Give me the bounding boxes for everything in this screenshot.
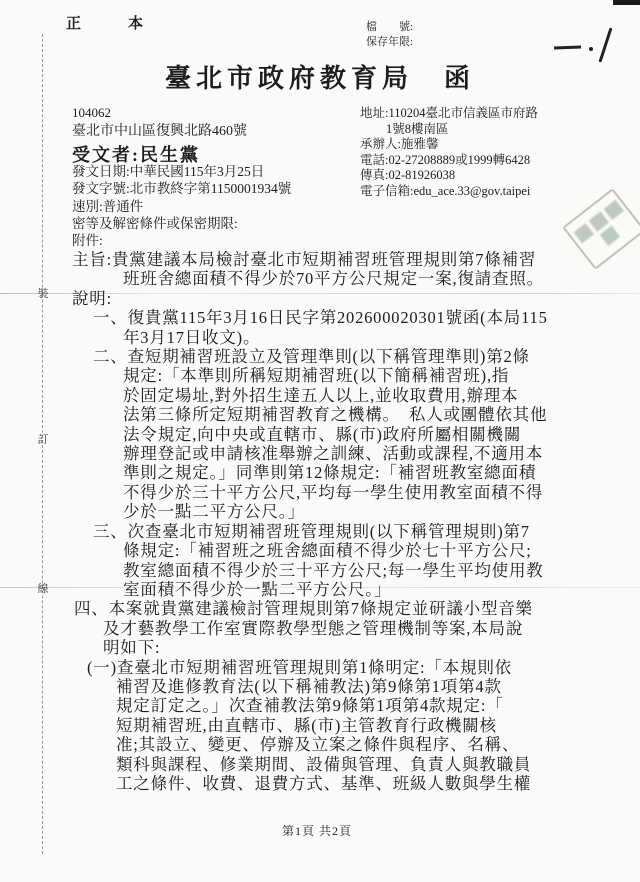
issue-number: 發文字號:北市教終字第1150001934號 bbox=[72, 180, 291, 197]
document-body: 主旨:貴黨建議本局檢討臺北市短期補習班管理規則第7條補習 班班舍總面積不得少於7… bbox=[72, 250, 612, 793]
document-meta-block: 發文日期:中華民國115年3月25日 發文字號:北市教終字第1150001934… bbox=[72, 163, 291, 249]
body-line: 條規定:「補習班之班舍總面積不得少於七十平方公尺; bbox=[123, 541, 612, 560]
body-line: 一、復貴黨115年3月16日民字第202600020301號函(本局115 bbox=[93, 308, 612, 327]
body-line: 法令規定,向中央或直轄市、縣(市)政府所屬相關機關 bbox=[123, 425, 612, 444]
body-line: 明如下: bbox=[103, 638, 612, 657]
document-page: 裝 訂 線 正 本 檔 號: 保存年限: 臺北市政府教育局 函 地址:11020… bbox=[0, 0, 640, 882]
body-line: 補習及進修教育法(以下稱補教法)第9條第1項第4款 bbox=[116, 677, 612, 696]
binding-mark-ding: 訂 bbox=[34, 431, 52, 447]
body-line: 准;其設立、變更、停辦及立案之條件與程序、名稱、 bbox=[116, 735, 612, 754]
body-line: 三、次查臺北市短期補習班管理規則(以下稱管理規則)第7 bbox=[93, 522, 612, 541]
stamp-glyph bbox=[573, 223, 593, 243]
stamp-glyph bbox=[599, 226, 619, 246]
subject-line: 主旨:貴黨建議本局檢討臺北市短期補習班管理規則第7條補習 bbox=[72, 250, 612, 269]
delivery-speed: 速別:普通件 bbox=[72, 198, 291, 215]
sender-fax: 傳真:02-81926038 bbox=[360, 168, 538, 184]
body-line: 及才藝教學工作室實際教學型態之管理機制等案,本局說 bbox=[103, 619, 612, 638]
body-line: 準則之規定。」同準則第12條規定:「補習班教室總面積 bbox=[123, 463, 612, 482]
body-line: 教室總面積不得少於三十平方公尺;每一學生平均使用教 bbox=[123, 561, 612, 580]
body-line: 辦理登記或申請核准舉辦之訓練、活動或課程,不適用本 bbox=[123, 444, 612, 463]
handwritten-dash-mark bbox=[554, 46, 581, 50]
binding-mark-xian: 線 bbox=[34, 580, 52, 596]
body-line: 規定訂定之。」次查補教法第9條第1項第4款規定:「 bbox=[116, 696, 612, 715]
copy-type-label: 正 本 bbox=[66, 12, 159, 33]
file-number-block: 檔 號: 保存年限: bbox=[366, 20, 413, 50]
handwritten-dot-mark bbox=[589, 47, 593, 51]
recipient-postal-code: 104062 bbox=[72, 104, 247, 122]
scan-corner-mark bbox=[613, 0, 640, 5]
body-line: 年3月17日收文)。 bbox=[123, 328, 612, 347]
body-line: 室面積不得少於一點二平方公尺。」 bbox=[123, 580, 612, 599]
body-line: 類科與課程、修業期間、設備與管理、負責人與教職員 bbox=[116, 755, 612, 774]
body-line: 工之條件、收費、退費方式、基準、班級人數與學生權 bbox=[116, 774, 612, 793]
binding-mark-zhuang: 裝 bbox=[34, 285, 52, 301]
stamp-glyph bbox=[603, 200, 623, 220]
recipient-address: 臺北市中山區復興北路460號 bbox=[72, 122, 247, 142]
security-classification: 密等及解密條件或保密期限: bbox=[72, 215, 291, 232]
subject-line: 班班舍總面積不得少於70平方公尺規定一案,復請查照。 bbox=[123, 269, 612, 288]
sender-officer: 承辦人:施雅馨 bbox=[360, 137, 538, 153]
sender-phone: 電話:02-27208889或1999轉6428 bbox=[360, 153, 538, 169]
issue-date: 發文日期:中華民國115年3月25日 bbox=[72, 163, 291, 180]
sender-address-line2: 1號8樓南區 bbox=[386, 122, 538, 138]
body-line: 於固定場址,對外招生達五人以上,並收取費用,辦理本 bbox=[123, 386, 612, 405]
page-number: 第1頁 共2頁 bbox=[0, 822, 634, 839]
body-line: (一)查臺北市短期補習班管理規則第1條明定:「本規則依 bbox=[87, 658, 612, 677]
body-line: 短期補習班,由直轄市、縣(市)主管教育行政機關核 bbox=[116, 716, 612, 735]
body-line: 少於一點二平方公尺。」 bbox=[123, 502, 612, 521]
sender-email: 電子信箱:edu_ace.33@gov.taipei bbox=[360, 184, 538, 200]
body-line: 法第三條所定短期補習教育之機構。 私人或團體依其他 bbox=[123, 405, 612, 424]
body-line: 不得少於三十平方公尺,平均每一學生使用教室面積不得 bbox=[123, 483, 612, 502]
document-title: 臺北市政府教育局 函 bbox=[0, 58, 640, 95]
explanation-label: 說明: bbox=[72, 289, 612, 308]
body-line: 四、本案就貴黨建議檢討管理規則第7條規定並研議小型音樂 bbox=[74, 599, 612, 618]
sender-info-block: 地址:110204臺北市信義區市府路 1號8樓南區 承辦人:施雅馨 電話:02-… bbox=[360, 106, 538, 199]
file-number-label: 檔 號: bbox=[366, 20, 413, 35]
retention-period-label: 保存年限: bbox=[366, 35, 413, 50]
body-line: 規定:「本準則所稱短期補習班(以下簡稱補習班),指 bbox=[123, 366, 612, 385]
attachment-label: 附件: bbox=[72, 232, 291, 249]
body-line: 二、查短期補習班設立及管理準則(以下稱管理準則)第2條 bbox=[93, 347, 612, 366]
recipient-block: 104062 臺北市中山區復興北路460號 受文者:民生黨 bbox=[72, 104, 247, 168]
sender-address-line1: 地址:110204臺北市信義區市府路 bbox=[360, 106, 538, 122]
